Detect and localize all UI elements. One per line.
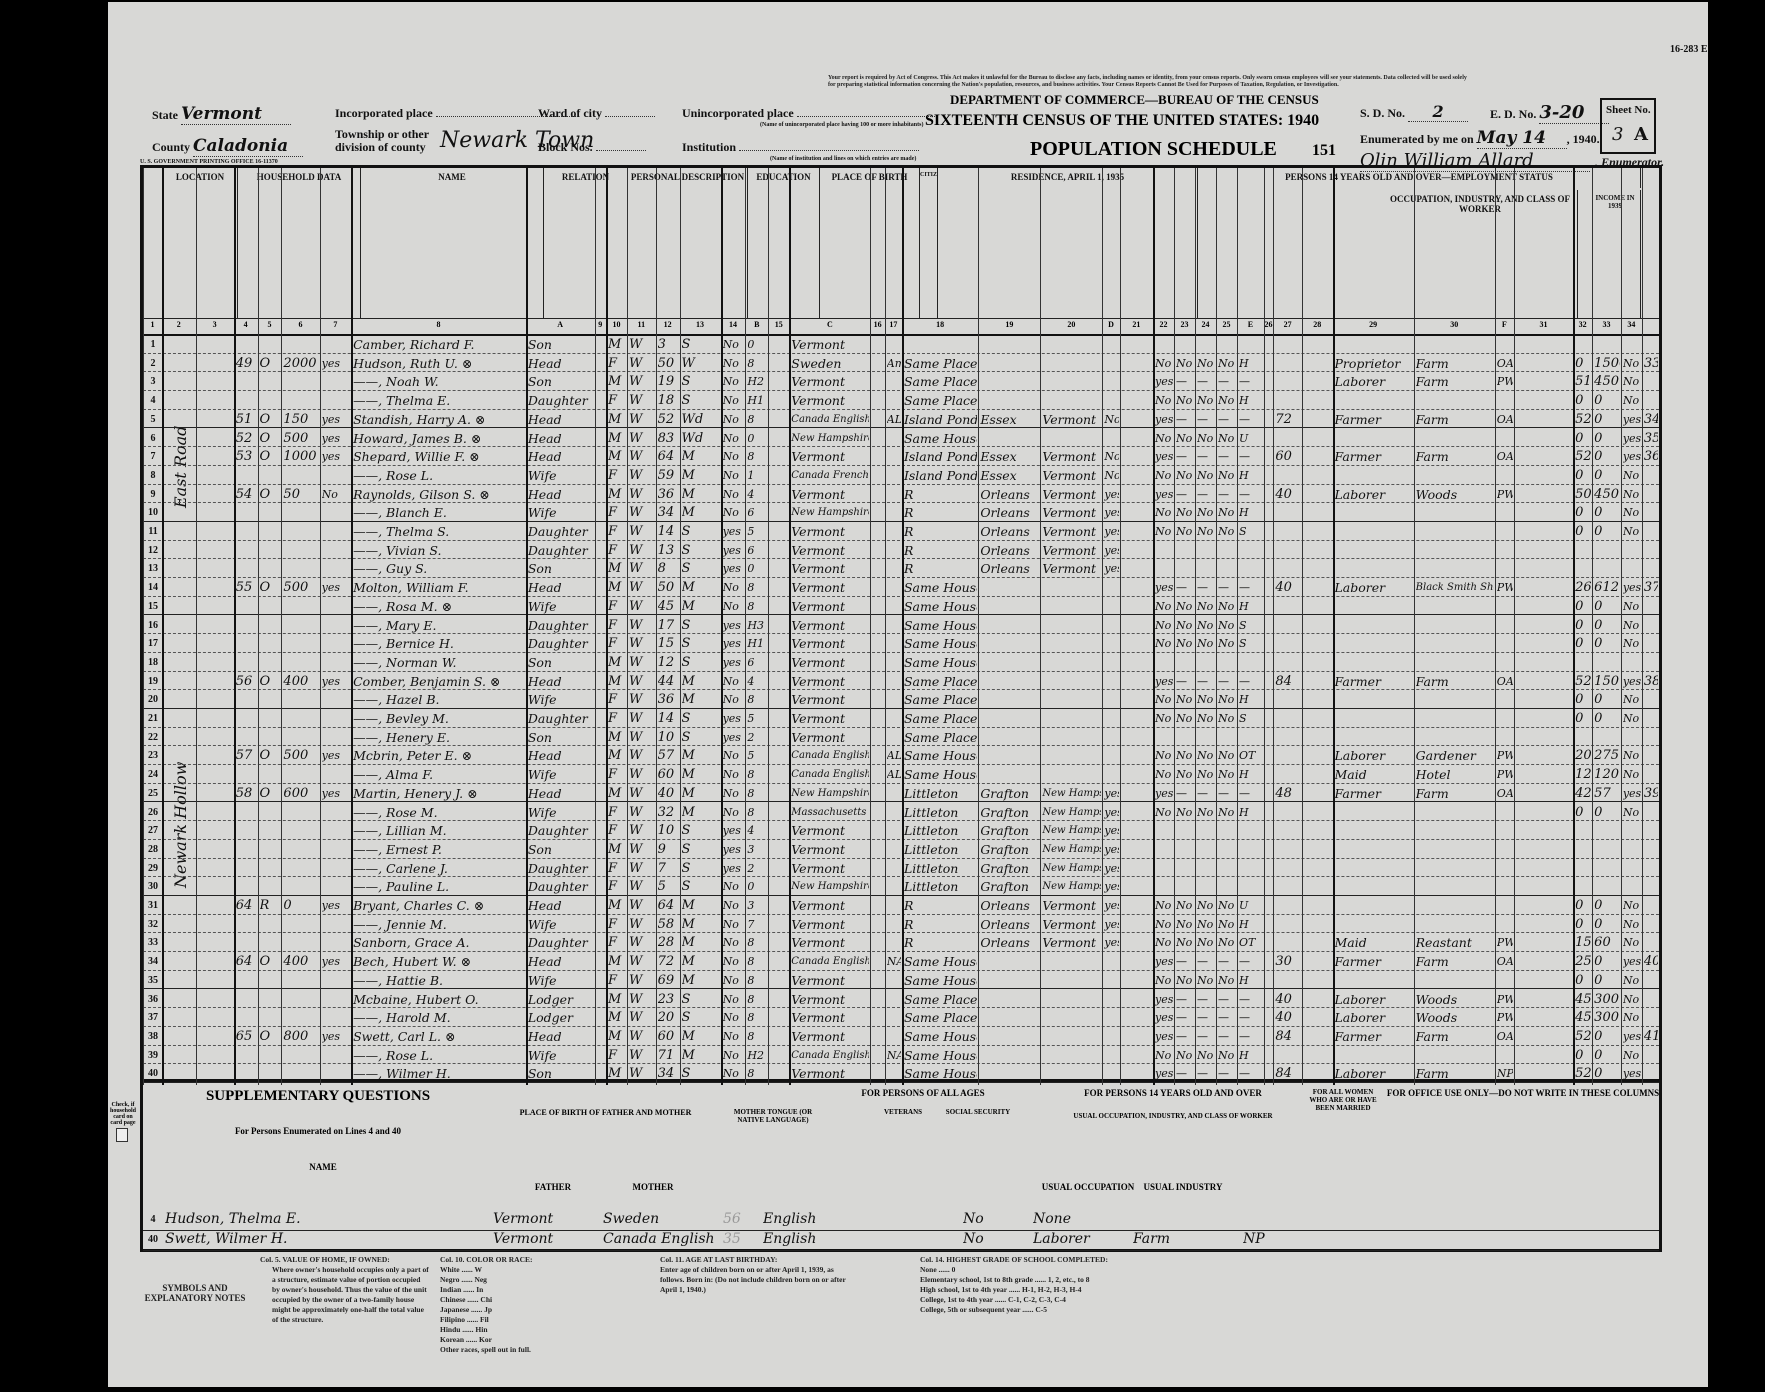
cell-birthplace: Vermont: [791, 597, 869, 615]
cell-wages: 0: [1594, 616, 1620, 634]
cell-r21: No: [1155, 690, 1173, 708]
cell-occupation: [1335, 690, 1413, 708]
cell-industry: [1416, 840, 1494, 858]
cell-relation: Daughter: [528, 541, 594, 559]
cell-house: [236, 1046, 257, 1064]
cell-r26: [1275, 896, 1301, 914]
cell-age: 60: [658, 1027, 679, 1045]
cell-r21: No: [1155, 429, 1173, 447]
cell-name: ——, Harold M.: [353, 1008, 525, 1026]
cell-occupation: Proprietor: [1335, 354, 1413, 372]
cell-res-county: [980, 672, 1039, 690]
cell-line: 18: [145, 653, 161, 671]
cell-farm-sched: 40: [1644, 952, 1658, 970]
cell-r25: S: [1239, 709, 1263, 727]
cell-r23: —: [1197, 578, 1215, 596]
cell-res-county: [980, 1046, 1039, 1064]
cell-occupation: [1335, 803, 1413, 821]
cell-res-state: [1042, 765, 1101, 783]
cell-res-city: Littleton: [904, 877, 977, 895]
cell-r25: S: [1239, 522, 1263, 540]
cell-r22: No: [1176, 971, 1194, 989]
cell-sex: M: [608, 840, 626, 858]
cell-res-city: Littleton: [904, 859, 977, 877]
cell-farm: No: [322, 485, 351, 503]
cell-own: [260, 653, 281, 671]
cell-name: Martin, Henery J. ⊗: [353, 784, 525, 802]
cell-occupation: Farmer: [1335, 672, 1413, 690]
supp-cell-line: 4: [143, 1210, 163, 1230]
cell-weeks: 0: [1575, 803, 1591, 821]
cell-other: No: [1623, 372, 1641, 390]
cell-r23: —: [1197, 372, 1215, 390]
cell-house: 49: [236, 354, 257, 372]
cell-class: [1497, 728, 1513, 746]
cell-farm35: [1104, 653, 1118, 671]
column-divider: [143, 168, 144, 1085]
cell-age: 9: [658, 840, 679, 858]
cell-value: 1000: [283, 447, 318, 465]
cell-relation: Lodger: [528, 1008, 594, 1026]
group-education: EDUCATION: [748, 168, 820, 318]
cell-birthplace: Vermont: [791, 335, 869, 353]
cell-res-city: Same House: [904, 971, 977, 989]
household-card-checkbox[interactable]: [116, 1128, 128, 1142]
cell-age: 15: [658, 634, 679, 652]
cell-sex: F: [608, 859, 626, 877]
cell-citizen: [887, 877, 901, 895]
cell-res-city: Same Place: [904, 354, 977, 372]
cell-r22: —: [1176, 672, 1194, 690]
cell-r26: [1275, 653, 1301, 671]
column-divider: [1216, 168, 1217, 1085]
column-divider: [1102, 168, 1103, 1085]
cell-sex: F: [608, 1046, 626, 1064]
cell-res-state: New Hampshire: [1042, 803, 1101, 821]
supp-cell-code: 56: [723, 1210, 753, 1230]
cell-r25: —: [1239, 672, 1263, 690]
column-divider: [902, 168, 904, 1085]
cell-r26: [1275, 391, 1301, 409]
cell-farm-sched: 37: [1644, 578, 1658, 596]
cell-occupation: Laborer: [1335, 990, 1413, 1008]
column-number: 34: [1621, 320, 1642, 329]
cell-weeks: 50: [1575, 485, 1591, 503]
cell-r22: —: [1176, 1008, 1194, 1026]
cell-birthplace: Canada English: [791, 410, 869, 428]
cell-r23: —: [1197, 410, 1215, 428]
column-number: 26: [1264, 320, 1274, 329]
cell-industry: Farm: [1416, 1027, 1494, 1045]
cell-r24: No: [1218, 597, 1236, 615]
cell-marital: M: [682, 784, 720, 802]
cell-occupation: Laborer: [1335, 372, 1413, 390]
cell-house: [236, 391, 257, 409]
cell-school: No: [723, 429, 745, 447]
cell-r26: 84: [1275, 1027, 1301, 1045]
column-number: 5: [258, 320, 282, 329]
cell-farm: [322, 372, 351, 390]
cell-occupation: [1335, 728, 1413, 746]
cell-own: [260, 1064, 281, 1082]
column-divider: [1621, 168, 1622, 1085]
cell-line: 28: [145, 840, 161, 858]
cell-citizen: [887, 1008, 901, 1026]
cell-res-state: [1042, 728, 1101, 746]
cell-farm: yes: [322, 784, 351, 802]
column-number: 3: [196, 320, 234, 329]
cell-own: [260, 1046, 281, 1064]
group-occupation: OCCUPATION, INDUSTRY, AND CLASS OF WORKE…: [1383, 190, 1578, 318]
cell-sex: F: [608, 690, 626, 708]
cell-industry: [1416, 653, 1494, 671]
cell-r21: [1155, 877, 1173, 895]
cell-house: [236, 372, 257, 390]
cell-race: W: [629, 840, 655, 858]
cell-wages: 450: [1594, 372, 1620, 390]
cell-age: 50: [658, 354, 679, 372]
cell-r24: No: [1218, 616, 1236, 634]
cell-marital: M: [682, 503, 720, 521]
cell-name: Howard, James B. ⊗: [353, 429, 525, 447]
cell-r24: —: [1218, 672, 1236, 690]
cell-sex: F: [608, 503, 626, 521]
cell-farm-sched: 38: [1644, 672, 1658, 690]
cell-grade: 8: [747, 1027, 767, 1045]
explanatory-notes: SYMBOLS AND EXPLANATORY NOTES Col. 5. VA…: [140, 1255, 1662, 1365]
cell-own: [260, 803, 281, 821]
cell-res-county: Orleans: [980, 559, 1039, 577]
cell-farm-sched: [1644, 541, 1658, 559]
cell-r26: [1275, 372, 1301, 390]
cell-birthplace: Vermont: [791, 372, 869, 390]
note-item: College, 5th or subsequent year ...... C…: [920, 1305, 1150, 1315]
cell-marital: S: [682, 709, 720, 727]
cell-birthplace: Canada English: [791, 746, 869, 764]
cell-line: 17: [145, 634, 161, 652]
cell-industry: Farm: [1416, 410, 1494, 428]
cell-citizen: [887, 503, 901, 521]
cell-birthplace: Vermont: [791, 933, 869, 951]
cell-race: W: [629, 354, 655, 372]
cell-r26: 40: [1275, 1008, 1301, 1026]
cell-r24: No: [1218, 690, 1236, 708]
cell-value: [283, 653, 318, 671]
cell-r25: [1239, 859, 1263, 877]
cell-r21: yes: [1155, 485, 1173, 503]
cell-marital: S: [682, 653, 720, 671]
cell-citizen: [887, 803, 901, 821]
cell-r25: H: [1239, 503, 1263, 521]
cell-grade: 8: [747, 803, 767, 821]
cell-wages: [1594, 653, 1620, 671]
cell-name: Mcbaine, Hubert O.: [353, 990, 525, 1008]
cell-r26: [1275, 765, 1301, 783]
cell-line: 4: [145, 391, 161, 409]
cell-farm-sched: 35: [1644, 429, 1658, 447]
cell-industry: [1416, 728, 1494, 746]
supp-cell-usual-industry: [1133, 1210, 1233, 1230]
department-title: DEPARTMENT OF COMMERCE—BUREAU OF THE CEN…: [950, 92, 1319, 108]
cell-weeks: 12: [1575, 765, 1591, 783]
cell-age: 45: [658, 597, 679, 615]
cell-class: [1497, 690, 1513, 708]
cell-marital: S: [682, 728, 720, 746]
cell-own: [260, 709, 281, 727]
column-divider: [1237, 168, 1238, 1085]
cell-r21: [1155, 541, 1173, 559]
column-number: 18: [902, 320, 978, 329]
cell-res-county: Orleans: [980, 896, 1039, 914]
cell-class: OA: [1497, 1027, 1513, 1045]
cell-own: [260, 634, 281, 652]
column-number: 22: [1153, 320, 1174, 329]
cell-r24: No: [1218, 522, 1236, 540]
cell-other: No: [1623, 354, 1641, 372]
cell-house: 51: [236, 410, 257, 428]
cell-relation: Head: [528, 784, 594, 802]
cell-weeks: 0: [1575, 915, 1591, 933]
cell-weeks: [1575, 728, 1591, 746]
cell-house: 56: [236, 672, 257, 690]
cell-birthplace: Sweden: [791, 354, 869, 372]
cell-occupation: Farmer: [1335, 952, 1413, 970]
column-number: 16: [870, 320, 884, 329]
cell-res-county: [980, 952, 1039, 970]
cell-r25: [1239, 877, 1263, 895]
cell-farm-sched: [1644, 877, 1658, 895]
cell-occupation: [1335, 597, 1413, 615]
cell-race: W: [629, 410, 655, 428]
cell-industry: [1416, 1046, 1494, 1064]
cell-res-city: Same House: [904, 429, 977, 447]
cell-farm35: yes: [1104, 559, 1118, 577]
cell-citizen: [887, 690, 901, 708]
cell-industry: Farm: [1416, 1064, 1494, 1082]
cell-sex: M: [608, 896, 626, 914]
cell-r24: [1218, 541, 1236, 559]
cell-farm: [322, 990, 351, 1008]
cell-age: 44: [658, 672, 679, 690]
cell-age: 13: [658, 541, 679, 559]
cell-other: No: [1623, 485, 1641, 503]
cell-res-county: Essex: [980, 410, 1039, 428]
cell-other: yes: [1623, 784, 1641, 802]
cell-res-city: R: [904, 503, 977, 521]
cell-r22: No: [1176, 1046, 1194, 1064]
cell-marital: M: [682, 485, 720, 503]
cell-farm: [322, 765, 351, 783]
cell-farm35: [1104, 616, 1118, 634]
cell-grade: 8: [747, 354, 767, 372]
cell-farm35: [1104, 335, 1118, 353]
cell-citizen: [887, 616, 901, 634]
cell-class: [1497, 429, 1513, 447]
column-number: 17: [885, 320, 902, 329]
cell-race: W: [629, 915, 655, 933]
cell-occupation: [1335, 840, 1413, 858]
cell-birthplace: Vermont: [791, 578, 869, 596]
cell-r21: yes: [1155, 1027, 1173, 1045]
cell-name: ——, Noah W.: [353, 372, 525, 390]
cell-res-city: Same House: [904, 1064, 977, 1082]
cell-r25: —: [1239, 952, 1263, 970]
cell-farm35: [1104, 728, 1118, 746]
cell-birthplace: Vermont: [791, 559, 869, 577]
cell-r24: No: [1218, 746, 1236, 764]
cell-birthplace: Vermont: [791, 821, 869, 839]
cell-name: ——, Carlene J.: [353, 859, 525, 877]
cell-industry: Farm: [1416, 354, 1494, 372]
cell-farm35: yes: [1104, 522, 1118, 540]
cell-r26: [1275, 933, 1301, 951]
cell-school: No: [723, 597, 745, 615]
cell-farm: [322, 597, 351, 615]
column-number: 13: [680, 320, 721, 329]
cell-r23: No: [1197, 709, 1215, 727]
cell-weeks: 0: [1575, 896, 1591, 914]
cell-farm-sched: [1644, 466, 1658, 484]
cell-farm-sched: [1644, 859, 1658, 877]
cell-grade: H2: [747, 372, 767, 390]
note-item: Negro ...... Neg: [440, 1275, 640, 1285]
state-field: State Vermont: [152, 104, 291, 125]
column-divider: [1495, 168, 1496, 1085]
cell-wages: 0: [1594, 915, 1620, 933]
cell-citizen: [887, 429, 901, 447]
column-number: D: [1102, 320, 1119, 329]
cell-age: 10: [658, 728, 679, 746]
cell-r25: H: [1239, 803, 1263, 821]
cell-value: [283, 877, 318, 895]
cell-marital: M: [682, 933, 720, 951]
cell-res-city: R: [904, 485, 977, 503]
cell-farm: yes: [322, 578, 351, 596]
cell-res-state: Vermont: [1042, 447, 1101, 465]
cell-res-city: R: [904, 522, 977, 540]
cell-wages: 0: [1594, 709, 1620, 727]
cell-own: [260, 335, 281, 353]
cell-age: 60: [658, 765, 679, 783]
cell-res-state: [1042, 952, 1101, 970]
cell-marital: M: [682, 765, 720, 783]
cell-line: 12: [145, 541, 161, 559]
cell-farm: [322, 1064, 351, 1082]
cell-house: [236, 765, 257, 783]
column-divider: [1195, 168, 1196, 1085]
cell-farm: [322, 522, 351, 540]
cell-industry: [1416, 429, 1494, 447]
cell-res-county: [980, 709, 1039, 727]
cell-r26: [1275, 616, 1301, 634]
cell-res-county: [980, 1064, 1039, 1082]
cell-relation: Wife: [528, 1046, 594, 1064]
cell-occupation: [1335, 653, 1413, 671]
cell-r21: [1155, 840, 1173, 858]
cell-name: ——, Bevley M.: [353, 709, 525, 727]
cell-class: PW: [1497, 372, 1513, 390]
supp-cell-class: NP: [1243, 1230, 1273, 1250]
cell-industry: Reastant: [1416, 933, 1494, 951]
cell-other: yes: [1623, 1064, 1641, 1082]
cell-farm: [322, 391, 351, 409]
cell-weeks: 0: [1575, 522, 1591, 540]
cell-school: yes: [723, 634, 745, 652]
cell-other: yes: [1623, 952, 1641, 970]
cell-class: OA: [1497, 354, 1513, 372]
supp-cell-code: 35: [723, 1230, 753, 1250]
cell-house: [236, 709, 257, 727]
cell-r25: [1239, 335, 1263, 353]
cell-res-city: R: [904, 541, 977, 559]
group-income: INCOME IN 1939: [1590, 190, 1641, 318]
cell-r21: No: [1155, 971, 1173, 989]
cell-race: W: [629, 859, 655, 877]
cell-res-state: Vermont: [1042, 541, 1101, 559]
cell-grade: 1: [747, 466, 767, 484]
cell-school: No: [723, 485, 745, 503]
cell-farm: [322, 915, 351, 933]
cell-age: 7: [658, 859, 679, 877]
cell-marital: Wd: [682, 410, 720, 428]
cell-weeks: 0: [1575, 634, 1591, 652]
column-divider: [162, 168, 164, 1085]
cell-r22: No: [1176, 634, 1194, 652]
cell-farm: [322, 634, 351, 652]
cell-farm: yes: [322, 896, 351, 914]
cell-school: No: [723, 746, 745, 764]
cell-value: [283, 522, 318, 540]
supplementary-row: 40Swett, Wilmer H.VermontCanada English3…: [143, 1230, 1659, 1251]
cell-weeks: [1575, 335, 1591, 353]
cell-line: 29: [145, 859, 161, 877]
supp-cell-father: Vermont: [493, 1230, 603, 1250]
cell-citizen: [887, 559, 901, 577]
cell-marital: M: [682, 578, 720, 596]
column-divider: [526, 168, 528, 1085]
cell-res-city: Littleton: [904, 821, 977, 839]
cell-race: W: [629, 372, 655, 390]
cell-r24: No: [1218, 971, 1236, 989]
cell-relation: Head: [528, 746, 594, 764]
cell-wages: 0: [1594, 391, 1620, 409]
cell-value: 150: [283, 410, 318, 428]
cell-farm-sched: [1644, 634, 1658, 652]
cell-sex: M: [608, 728, 626, 746]
cell-race: W: [629, 485, 655, 503]
cell-house: 52: [236, 429, 257, 447]
cell-res-state: New Hampshire: [1042, 784, 1101, 802]
cell-line: 3: [145, 372, 161, 390]
cell-school: yes: [723, 522, 745, 540]
cell-r21: yes: [1155, 672, 1173, 690]
cell-own: O: [260, 1027, 281, 1045]
cell-industry: Hotel: [1416, 765, 1494, 783]
cell-school: yes: [723, 728, 745, 746]
cell-name: ——, Pauline L.: [353, 877, 525, 895]
cell-weeks: 45: [1575, 1008, 1591, 1026]
cell-relation: Daughter: [528, 522, 594, 540]
cell-own: O: [260, 578, 281, 596]
cell-citizen: Am cit: [887, 354, 901, 372]
cell-value: [283, 634, 318, 652]
cell-industry: [1416, 859, 1494, 877]
cell-school: No: [723, 915, 745, 933]
cell-own: [260, 840, 281, 858]
cell-value: [283, 690, 318, 708]
cell-race: W: [629, 784, 655, 802]
cell-industry: Farm: [1416, 672, 1494, 690]
